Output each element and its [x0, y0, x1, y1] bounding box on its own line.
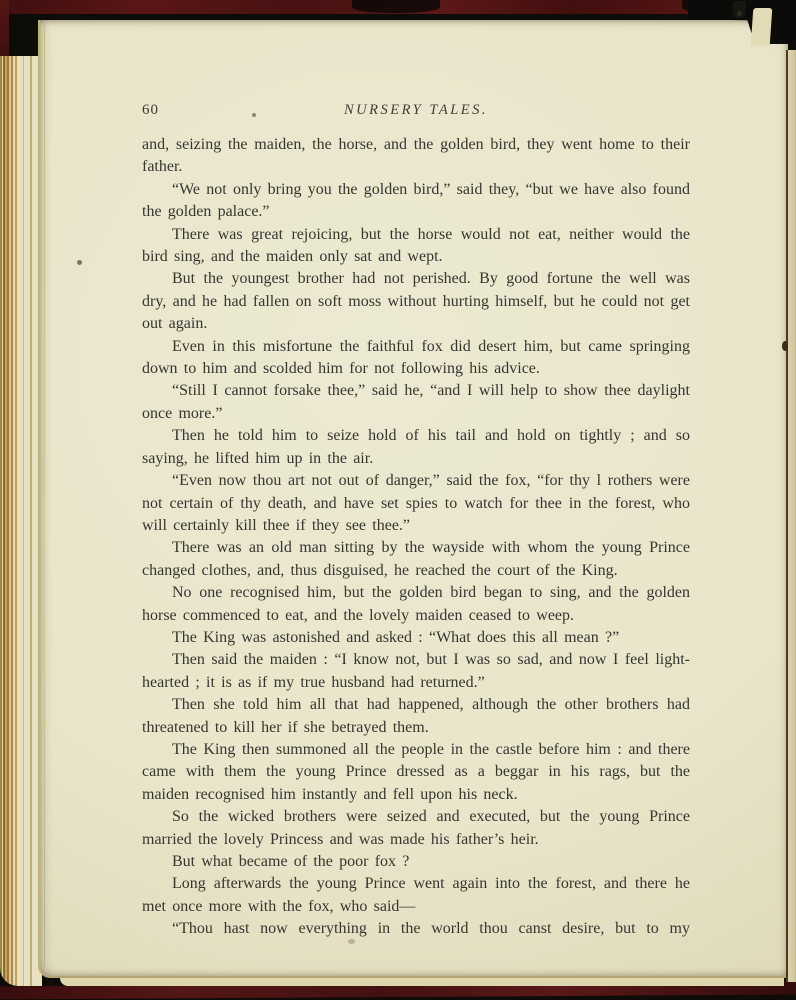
paragraph: and, seizing the maiden, the horse, and … — [142, 134, 690, 179]
book-clasp-icon — [733, 1, 746, 18]
paragraph: “Even now thou art not out of danger,” s… — [142, 470, 690, 537]
book-cover-left-edge — [0, 0, 9, 58]
paragraph: Even in this misfortune the faithful fox… — [142, 336, 690, 381]
page-number: 60 — [142, 102, 159, 119]
paragraph: The King then summoned all the people in… — [142, 739, 690, 806]
paragraph: No one recognised him, but the golden bi… — [142, 582, 690, 627]
paragraph: “We not only bring you the golden bird,”… — [142, 179, 690, 224]
paragraph: Then she told him all that had happened,… — [142, 694, 690, 739]
paragraph: But the youngest brother had not perishe… — [142, 268, 690, 335]
paragraph: But what became of the poor fox ? — [142, 851, 690, 873]
paragraph: Then he told him to seize hold of his ta… — [142, 425, 690, 470]
running-title: NURSERY TALES. — [142, 100, 690, 119]
paragraph: “Still I cannot forsake thee,” said he, … — [142, 380, 690, 425]
running-head: 60 NURSERY TALES. — [142, 100, 690, 120]
page-speck — [77, 260, 82, 265]
paragraph: Then said the maiden : “I know not, but … — [142, 649, 690, 694]
story-text: and, seizing the maiden, the horse, and … — [142, 134, 690, 941]
paragraph: Long afterwards the young Prince went ag… — [142, 873, 690, 918]
paragraph: “Thou hast now everything in the world t… — [142, 918, 690, 940]
page-fold-line — [44, 24, 45, 968]
page-content: 60 NURSERY TALES. and, seizing the maide… — [142, 100, 690, 941]
cover-shadow-patch — [352, 0, 440, 13]
paragraph: So the wicked brothers were seized and e… — [142, 806, 690, 851]
paragraph: There was great rejoicing, but the horse… — [142, 224, 690, 269]
paragraph: There was an old man sitting by the ways… — [142, 537, 690, 582]
page-edge-right-sliver — [786, 50, 796, 982]
page-corner-edge — [751, 8, 773, 46]
edge-blemish — [782, 341, 788, 351]
paragraph: The King was astonished and asked : “Wha… — [142, 627, 690, 649]
page-stack-edge-left — [0, 56, 42, 986]
